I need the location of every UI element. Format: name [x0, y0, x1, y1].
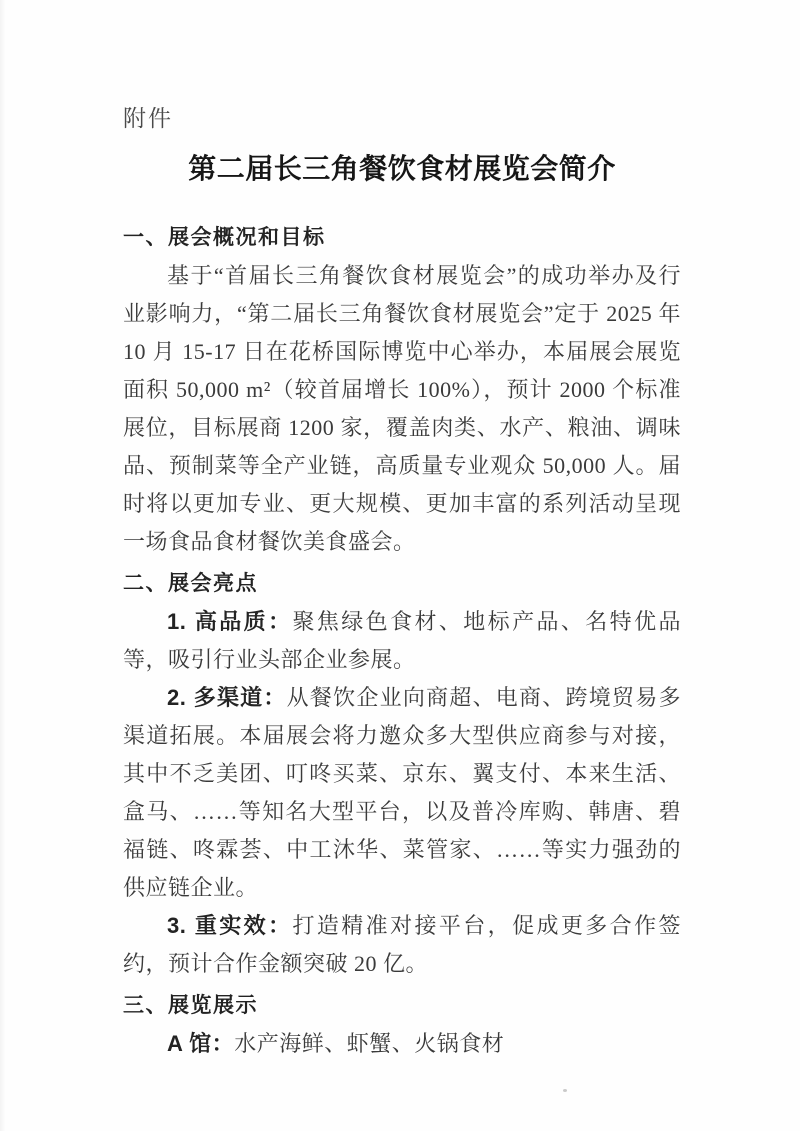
- highlight-item-quality: 1. 高品质：聚焦绿色食材、地标产品、名特优品等，吸引行业头部企业参展。: [123, 603, 681, 679]
- document-title: 第二届长三角餐饮食材展览会简介: [123, 149, 681, 191]
- highlight-item-channels-text: 从餐饮企业向商超、电商、跨境贸易多渠道拓展。本届展会将力邀众多大型供应商参与对接…: [123, 685, 681, 900]
- section-overview-heading: 一、展会概况和目标: [123, 219, 681, 257]
- section-overview-paragraph: 基于“首届长三角餐饮食材展览会”的成功举办及行业影响力，“第二届长三角餐饮食材展…: [123, 257, 681, 561]
- section-exhibition-heading: 三、展览展示: [123, 987, 681, 1025]
- exhibition-hall-a-label: A 馆：: [167, 1031, 234, 1056]
- highlight-item-results-label: 3. 重实效：: [167, 913, 292, 938]
- highlight-item-results: 3. 重实效：打造精准对接平台，促成更多合作签约，预计合作金额突破 20 亿。: [123, 907, 681, 983]
- document-content: 附件 第二届长三角餐饮食材展览会简介 一、展会概况和目标 基于“首届长三角餐饮食…: [123, 103, 681, 1063]
- section-highlights-heading: 二、展会亮点: [123, 565, 681, 603]
- attachment-label: 附件: [123, 103, 681, 135]
- highlight-item-channels-label: 2. 多渠道：: [167, 685, 287, 710]
- exhibition-hall-a-text: 水产海鲜、虾蟹、火锅食材: [234, 1031, 504, 1056]
- scan-artifact-dot: [563, 1089, 567, 1092]
- exhibition-hall-a: A 馆：水产海鲜、虾蟹、火锅食材: [123, 1025, 681, 1063]
- highlight-item-quality-label: 1. 高品质：: [167, 609, 292, 634]
- scanned-document-page: 附件 第二届长三角餐饮食材展览会简介 一、展会概况和目标 基于“首届长三角餐饮食…: [0, 0, 800, 1131]
- highlight-item-channels: 2. 多渠道：从餐饮企业向商超、电商、跨境贸易多渠道拓展。本届展会将力邀众多大型…: [123, 679, 681, 907]
